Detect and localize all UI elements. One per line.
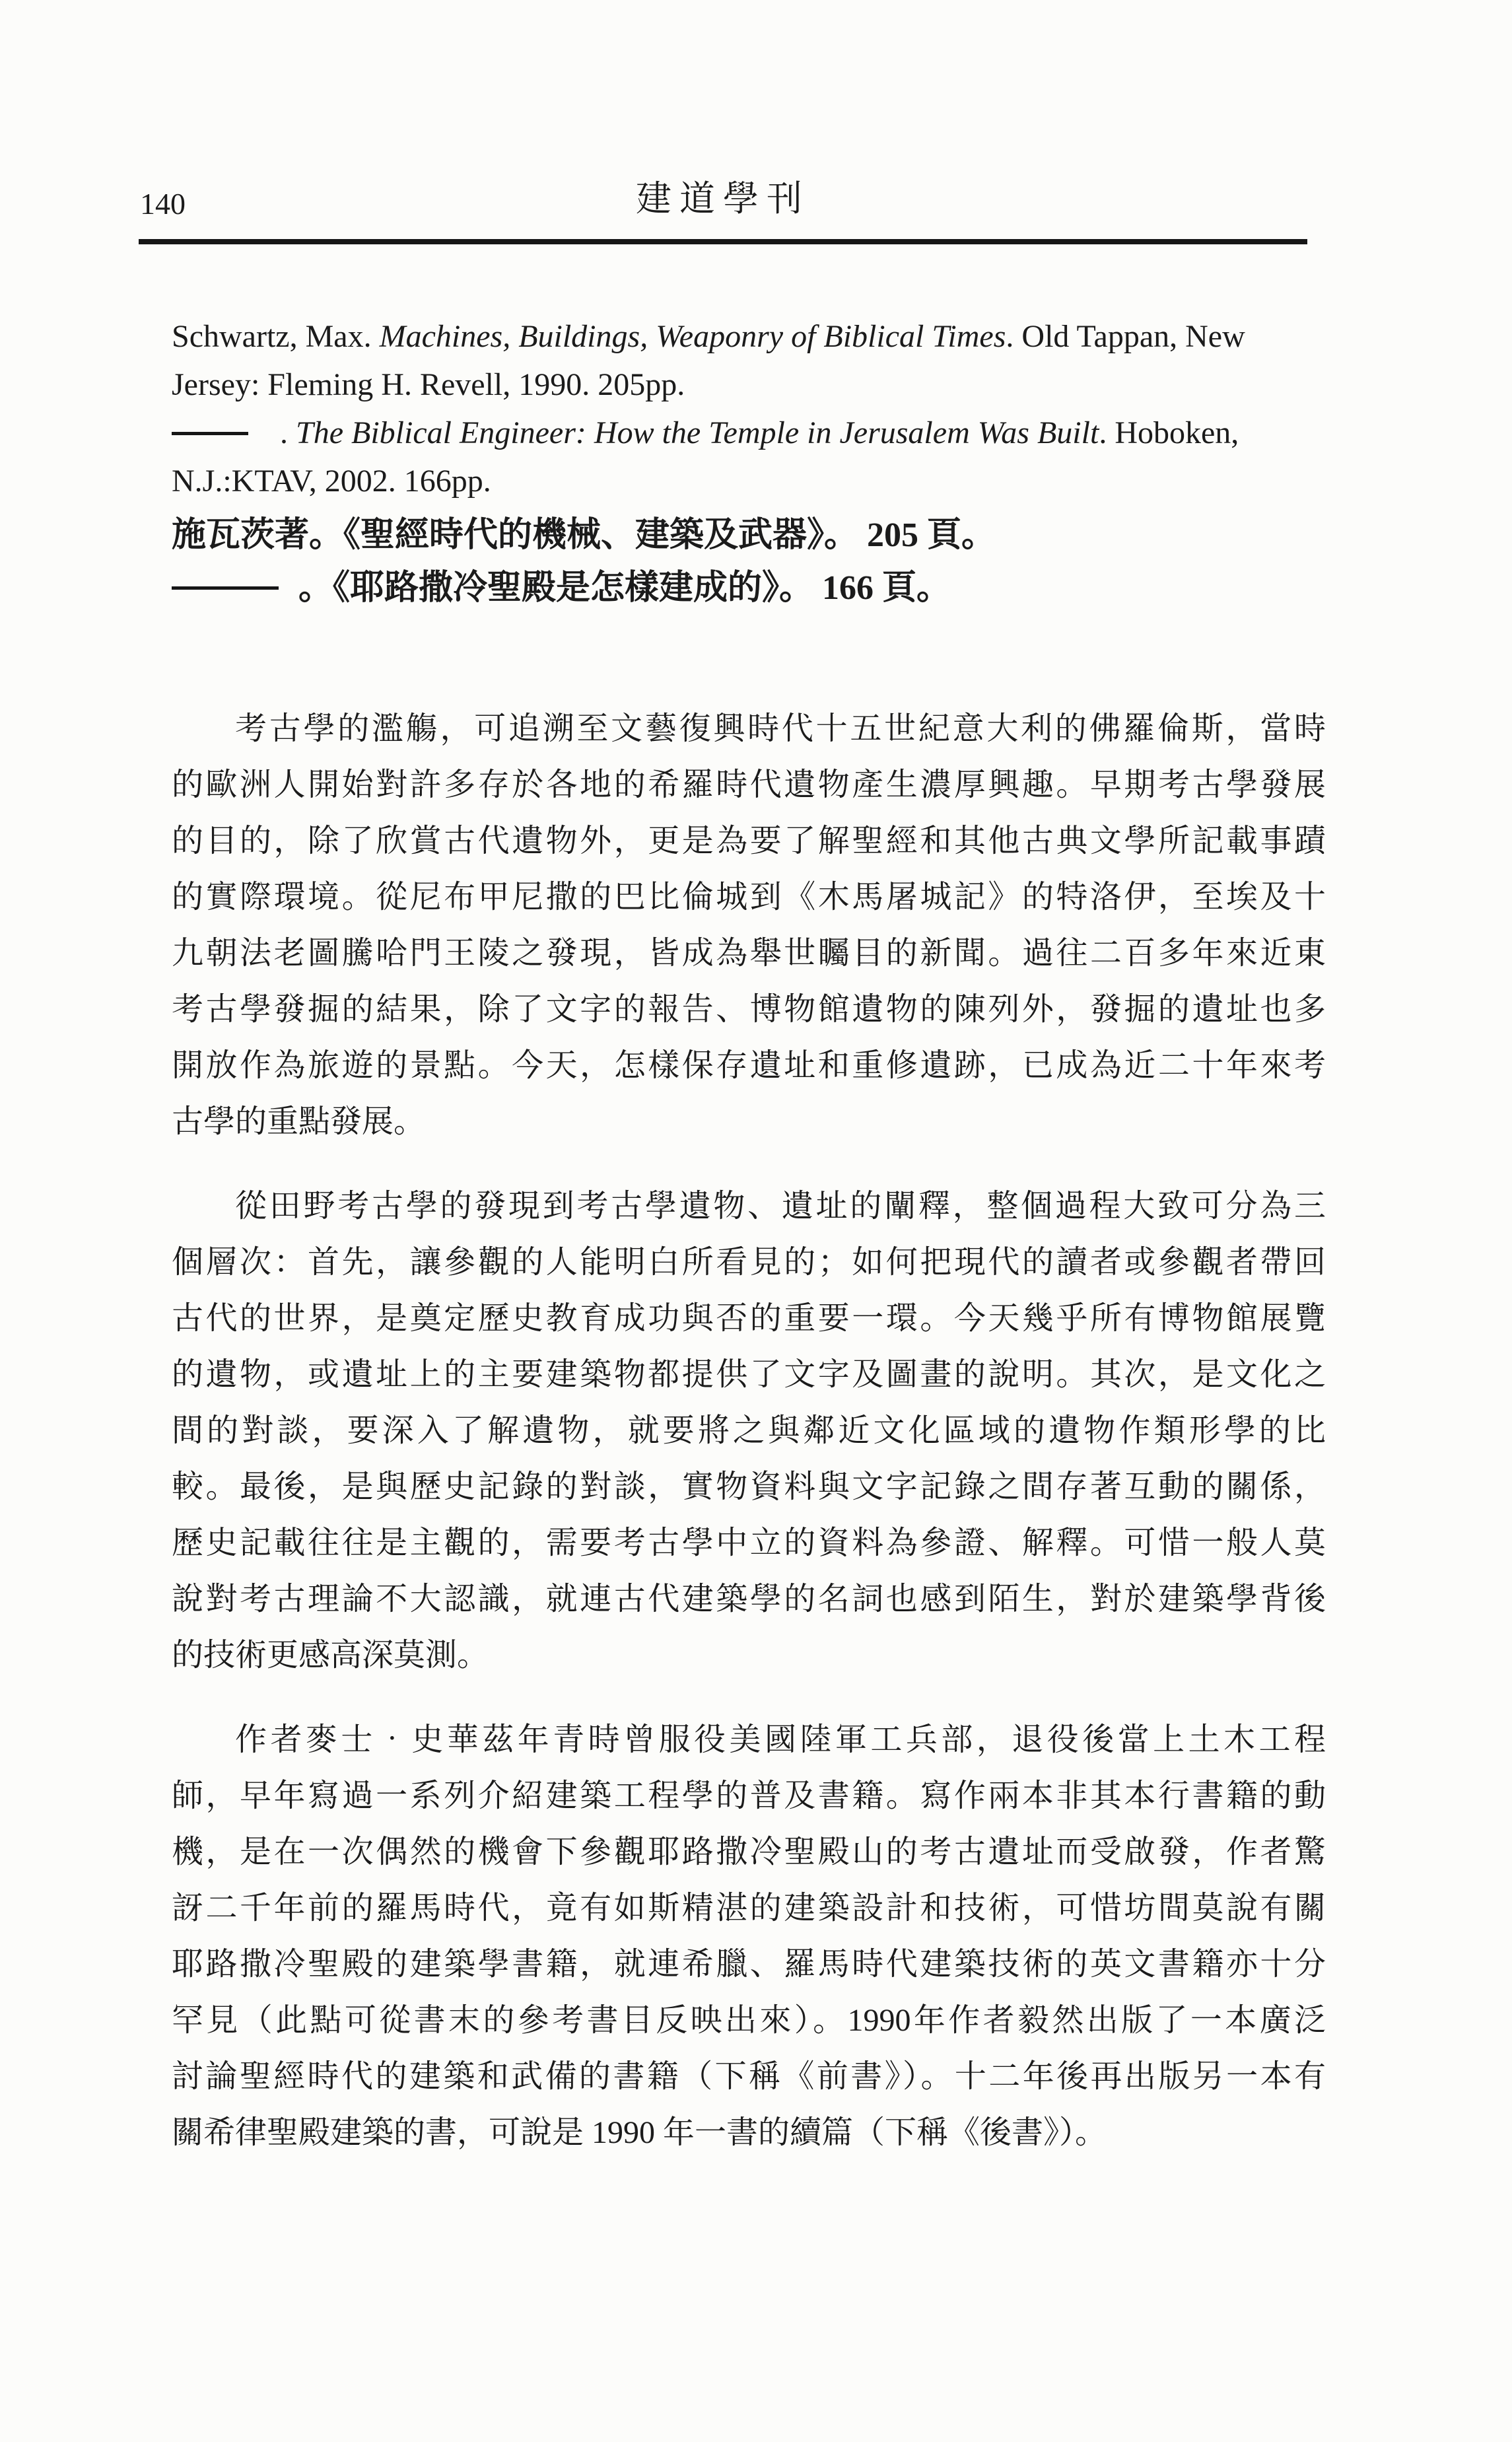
bib-text: 施瓦茨著。《聖經時代的機械、建築及武器》。 205 頁。 bbox=[172, 516, 996, 554]
text-line: 的實際環境。從尼布甲尼撒的巴比倫城到《木馬屠城記》的特洛伊，至埃及十 bbox=[172, 869, 1326, 925]
text-line: 關希律聖殿建築的書，可說是 1990 年一書的續篇（下稱《後書》）。 bbox=[172, 2105, 1326, 2161]
text-line: 罕見（此點可從書末的參考書目反映出來）。1990年作者毅然出版了一本廣泛 bbox=[172, 1992, 1326, 2048]
text-line: 從田野考古學的發現到考古學遺物、遺址的闡釋，整個過程大致可分為三 bbox=[172, 1178, 1326, 1234]
page-content: Schwartz, Max. Machines, Buildings, Weap… bbox=[172, 0, 1326, 2161]
bib-book-title: The Biblical Engineer: How the Temple in… bbox=[296, 415, 1099, 450]
text-line: 歷史記載往往是主觀的，需要考古學中立的資料為參證、解釋。可惜一般人莫 bbox=[172, 1515, 1326, 1571]
text-line: 考古學的濫觴，可追溯至文藝復興時代十五世紀意大利的佛羅倫斯，當時 bbox=[172, 701, 1326, 757]
text-line: 古學的重點發展。 bbox=[172, 1094, 1326, 1150]
text-line: 的遺物，或遺址上的主要建築物都提供了文字及圖畫的說明。其次，是文化之 bbox=[172, 1346, 1326, 1403]
review-body: 考古學的濫觴，可追溯至文藝復興時代十五世紀意大利的佛羅倫斯，當時的歐洲人開始對許… bbox=[172, 701, 1326, 2161]
bib-book-title: Machines, Buildings, Weaponry of Biblica… bbox=[380, 319, 1006, 354]
text-line: 的歐洲人開始對許多存於各地的希羅時代遺物產生濃厚興趣。早期考古學發展 bbox=[172, 757, 1326, 813]
author-repeat-dash bbox=[172, 586, 279, 590]
bib-entry-english-2: . The Biblical Engineer: How the Temple … bbox=[172, 409, 1326, 505]
bibliography-chinese: 施瓦茨著。《聖經時代的機械、建築及武器》。 205 頁。 。《耶路撒冷聖殿是怎樣… bbox=[172, 509, 1326, 615]
paragraph: 考古學的濫觴，可追溯至文藝復興時代十五世紀意大利的佛羅倫斯，當時的歐洲人開始對許… bbox=[172, 701, 1326, 1150]
author-repeat-dash bbox=[172, 432, 248, 435]
text-line: 作者麥士‧史華茲年青時曾服役美國陸軍工兵部，退役後當上土木工程 bbox=[172, 1712, 1326, 1768]
text-line: 訝二千年前的羅馬時代，竟有如斯精湛的建築設計和技術，可惜坊間莫說有關 bbox=[172, 1880, 1326, 1936]
bib-entry-chinese-2: 。《耶路撒冷聖殿是怎樣建成的》。 166 頁。 bbox=[172, 562, 1326, 615]
bib-text: 。《耶路撒冷聖殿是怎樣建成的》。 166 頁。 bbox=[298, 569, 951, 607]
text-line: 師，早年寫過一系列介紹建築工程學的普及書籍。寫作兩本非其本行書籍的動 bbox=[172, 1768, 1326, 1824]
text-line: 討論聖經時代的建築和武備的書籍（下稱《前書》）。十二年後再出版另一本有 bbox=[172, 2048, 1326, 2105]
text-line: 機，是在一次偶然的機會下參觀耶路撒冷聖殿山的考古遺址而受啟發，作者驚 bbox=[172, 1824, 1326, 1880]
paragraph: 作者麥士‧史華茲年青時曾服役美國陸軍工兵部，退役後當上土木工程師，早年寫過一系列… bbox=[172, 1712, 1326, 2161]
text-line: 說對考古理論不大認識，就連古代建築學的名詞也感到陌生，對於建築學背後 bbox=[172, 1571, 1326, 1627]
text-line: 考古學發掘的結果，除了文字的報告、博物館遺物的陳列外，發掘的遺址也多 bbox=[172, 981, 1326, 1037]
text-line: 古代的世界，是奠定歷史教育成功與否的重要一環。今天幾乎所有博物館展覽 bbox=[172, 1290, 1326, 1346]
bib-entry-english-1: Schwartz, Max. Machines, Buildings, Weap… bbox=[172, 312, 1326, 409]
text-line: 的技術更感高深莫測。 bbox=[172, 1627, 1326, 1683]
text-line: 間的對談，要深入了解遺物，就要將之與鄰近文化區域的遺物作類形學的比 bbox=[172, 1403, 1326, 1459]
bib-separator: . bbox=[272, 415, 296, 450]
bib-entry-chinese-1: 施瓦茨著。《聖經時代的機械、建築及武器》。 205 頁。 bbox=[172, 509, 1326, 562]
bibliography-section: Schwartz, Max. Machines, Buildings, Weap… bbox=[172, 0, 1326, 615]
text-line: 的目的，除了欣賞古代遺物外，更是為要了解聖經和其他古典文學所記載事蹟 bbox=[172, 813, 1326, 869]
bib-author: Schwartz, Max. bbox=[172, 319, 380, 354]
paragraph: 從田野考古學的發現到考古學遺物、遺址的闡釋，整個過程大致可分為三個層次：首先，讓… bbox=[172, 1178, 1326, 1683]
text-line: 開放作為旅遊的景點。今天，怎樣保存遺址和重修遺跡，已成為近二十年來考 bbox=[172, 1037, 1326, 1094]
text-line: 個層次：首先，讓參觀的人能明白所看見的；如何把現代的讀者或參觀者帶回 bbox=[172, 1234, 1326, 1290]
scanned-journal-page: 140 建道學刊 Schwartz, Max. Machines, Buildi… bbox=[0, 0, 1512, 2442]
text-line: 九朝法老圖騰哈門王陵之發現，皆成為舉世矚目的新聞。過往二百多年來近東 bbox=[172, 925, 1326, 981]
text-line: 較。最後，是與歷史記錄的對談，實物資料與文字記錄之間存著互動的關係， bbox=[172, 1459, 1326, 1515]
text-line: 耶路撒冷聖殿的建築學書籍，就連希臘、羅馬時代建築技術的英文書籍亦十分 bbox=[172, 1936, 1326, 1992]
